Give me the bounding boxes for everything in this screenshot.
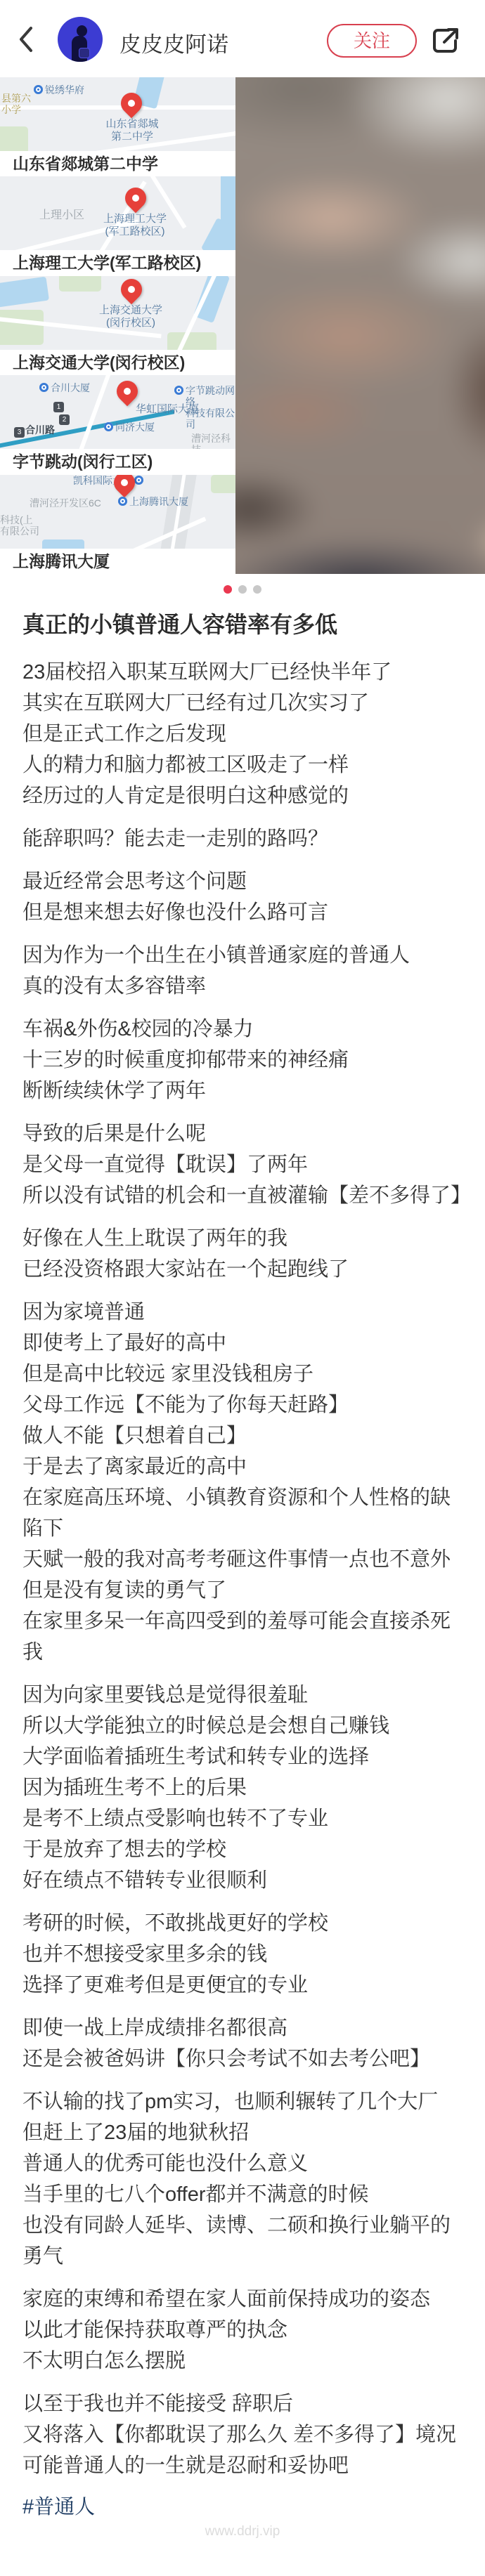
map-poi: 合川大厦 — [39, 382, 90, 393]
image-carousel[interactable]: 锐绣华府 县第六 小学 山东省郯城 第二中学 山东省郯城第二中学 上理小区 — [0, 77, 485, 574]
map-card-tencent: 凯科国际大厦 漕河泾开发区6C 科技(上 有限公司 上海腾讯大厦 上海腾讯大厦 — [0, 475, 235, 574]
note-detail-page: 皮皮皮阿诺 关注 锐绣华府 县第六 小学 — [0, 0, 485, 2576]
carousel-dot-active[interactable] — [224, 585, 232, 594]
map-pin-label: 山东省郯城 第二中学 — [90, 118, 174, 143]
post-paragraph: 好像在人生上耽误了两年的我 已经没资格跟大家站在一个起跑线了 — [22, 1223, 463, 1285]
post-title: 真正的小镇普通人容错率有多低 — [22, 609, 463, 640]
map-image: 凯科国际大厦 漕河泾开发区6C 科技(上 有限公司 上海腾讯大厦 — [0, 475, 235, 549]
map-card-yucheng: 锐绣华府 县第六 小学 山东省郯城 第二中学 山东省郯城第二中学 — [0, 77, 235, 176]
map-stack: 锐绣华府 县第六 小学 山东省郯城 第二中学 山东省郯城第二中学 上理小区 — [0, 77, 235, 574]
carousel-photo-facepalm — [235, 77, 485, 574]
carousel-dots — [0, 574, 485, 605]
share-icon[interactable] — [430, 25, 461, 56]
map-pin-icon — [117, 276, 146, 304]
map-title: 山东省郯城第二中学 — [0, 151, 235, 176]
post-paragraph: 能辞职吗？能去走一走别的路吗？ — [22, 823, 463, 854]
header: 皮皮皮阿诺 关注 — [0, 0, 485, 77]
post-paragraph: 23届校招入职某互联网大厂已经快半年了 其实在互联网大厂已经有过几次实习了 但是… — [22, 657, 463, 811]
post-paragraph: 即使一战上岸成绩排名都很高 还是会被爸妈讲【你只会考试不如去考公吧】 — [22, 2013, 463, 2074]
hashtag-link[interactable]: #普通人 — [22, 2493, 95, 2521]
post-paragraph: 家庭的束缚和希望在家人面前保持成功的姿态 以此才能保持获取尊严的执念 不太明白怎… — [22, 2284, 463, 2376]
post-paragraph: 以至于我也并不能接受 辞职后 又将落入【你都耽误了那么久 差不多得了】境况 可能… — [22, 2388, 463, 2481]
poi-icon — [34, 85, 43, 94]
map-title: 上海理工大学(军工路校区) — [0, 250, 235, 275]
map-image: 上海交通大学 (闵行校区) — [0, 276, 235, 350]
map-image: 1 2 3 合川大厦 同济大厦 合川路 字节跳动网络 科技有限公司 漕河泾科技 … — [0, 375, 235, 449]
map-image: 锐绣华府 县第六 小学 山东省郯城 第二中学 — [0, 77, 235, 151]
map-poi: 同济大厦 — [104, 421, 155, 433]
post-paragraph: 不认输的找了pm实习，也顺利辗转了几个大厂 但赶上了23届的地狱秋招 普通人的优… — [22, 2086, 463, 2272]
map-card-usst: 上理小区 上海理工大学 (军工路校区) 上海理工大学(军工路校区) — [0, 176, 235, 275]
map-image: 上理小区 上海理工大学 (军工路校区) — [0, 176, 235, 250]
map-poi: 上理小区 — [39, 210, 84, 221]
post-body: 真正的小镇普通人容错率有多低 23届校招入职某互联网大厂已经快半年了 其实在互联… — [0, 605, 485, 2539]
post-paragraph: 考研的时候，不敢挑战更好的学校 也并不想接受家里多余的钱 选择了更难考但是更便宜… — [22, 1908, 463, 2001]
post-paragraph: 因为向家里要钱总是觉得很羞耻 所以大学能独立的时候总是会想自己赚钱 大学面临着插… — [22, 1680, 463, 1896]
metro-badge: 1 — [53, 402, 64, 412]
map-pin-icon — [112, 377, 142, 406]
map-poi: 县第六 小学 — [1, 93, 31, 115]
map-card-sjtu: 上海交通大学 (闵行校区) 上海交通大学(闵行校区) — [0, 276, 235, 375]
map-poi: 锐绣华府 — [34, 84, 84, 96]
carousel-dot[interactable] — [238, 585, 247, 594]
post-paragraph: 因为作为一个出生在小镇普通家庭的普通人 真的没有太多容错率 — [22, 940, 463, 1002]
map-title: 字节跳动(闵行工区) — [0, 449, 235, 474]
post-paragraph: 最近经常会思考这个问题 但是想来想去好像也没什么路可言 — [22, 866, 463, 928]
post-paragraph: 导致的后果是什么呢 是父母一直觉得【耽误】了两年 所以没有试错的机会和一直被灌输… — [22, 1118, 463, 1211]
map-poi: 合川路 — [25, 424, 55, 436]
map-poi: 漕河泾科技 — [191, 433, 235, 449]
metro-badge: 2 — [59, 414, 70, 425]
map-title: 上海交通大学(闵行校区) — [0, 350, 235, 375]
map-pin-label: 上海理工大学 (军工路校区) — [86, 213, 184, 238]
carousel-dot[interactable] — [253, 585, 261, 594]
avatar[interactable] — [58, 17, 103, 62]
map-pin-label: 上海交通大学 (闵行校区) — [82, 304, 180, 329]
post-paragraph: 车祸&外伤&校园的冷暴力 十三岁的时候重度抑郁带来的神经痛 断断续续休学了两年 — [22, 1014, 463, 1106]
map-title: 上海腾讯大厦 — [0, 549, 235, 574]
metro-badge: 3 — [14, 427, 25, 438]
follow-button[interactable]: 关注 — [327, 24, 417, 58]
username[interactable]: 皮皮皮阿诺 — [119, 27, 228, 58]
map-poi: 漕河泾开发区6C — [30, 497, 101, 509]
map-pin-label: 华虹国际大厦 — [118, 403, 216, 416]
avatar-figure — [77, 25, 87, 37]
map-pin-label: 上海腾讯大厦 — [118, 496, 188, 507]
map-poi: 科技(上 有限公司 — [0, 514, 39, 537]
map-card-bytedance: 1 2 3 合川大厦 同济大厦 合川路 字节跳动网络 科技有限公司 漕河泾科技 … — [0, 375, 235, 474]
back-icon[interactable] — [17, 25, 35, 53]
post-paragraph: 因为家境普通 即使考上了最好的高中 但是高中比较远 家里没钱租房子 父母工作远【… — [22, 1297, 463, 1668]
watermark: www.ddrj.vip — [22, 2524, 463, 2539]
